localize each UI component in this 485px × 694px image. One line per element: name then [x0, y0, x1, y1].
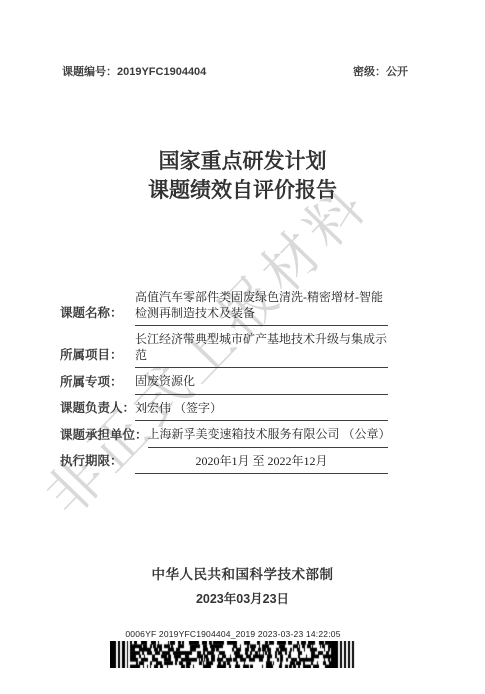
form-row-leader: 课题负责人： 刘宏伟 （签字） [60, 401, 388, 422]
form-row-undertaking-unit: 课题承担单位： 上海新孚美变速箱技术服务有限公司 （公章） [60, 427, 388, 448]
form-row-parent-project: 所属项目： 长江经济带典型城市矿产基地技术升级与集成示范 [60, 332, 388, 368]
security-level-label: 密级： [353, 66, 386, 78]
page-header: 课题编号：2019YFC1904404 密级：公开 [62, 63, 408, 79]
barcode-text: 0006YF 2019YFC1904404_2019 2023-03-23 14… [110, 629, 356, 639]
cover-form: 课题名称： 高值汽车零部件类固废绿色清洗-精密增材-智能检测再制造技术及装备 所… [60, 290, 388, 480]
form-row-execution-period: 执行期限： 2020年1月 至 2022年12月 [60, 454, 388, 475]
report-title-line1: 国家重点研发计划 [0, 147, 485, 176]
field-value-parent-project: 长江经济带典型城市矿产基地技术升级与集成示范 [135, 332, 388, 368]
project-number-value: 2019YFC1904404 [117, 66, 206, 78]
footer-issuer: 中华人民共和国科学技术部制 [0, 563, 485, 583]
field-label-undertaking-unit: 课题承担单位： [60, 428, 148, 448]
field-value-undertaking-unit: 上海新孚美变速箱技术服务有限公司 （公章） [148, 427, 388, 448]
field-value-leader: 刘宏伟 （签字） [135, 401, 388, 422]
form-row-project-name: 课题名称： 高值汽车零部件类固废绿色清洗-精密增材-智能检测再制造技术及装备 [60, 290, 388, 326]
field-label-execution-period: 执行期限： [60, 454, 135, 474]
security-level: 密级：公开 [353, 63, 408, 79]
project-number: 课题编号：2019YFC1904404 [62, 63, 206, 79]
report-title-line2: 课题绩效自评价报告 [0, 176, 485, 205]
footer-date: 2023年03月23日 [0, 589, 485, 607]
form-row-special-program: 所属专项： 固废资源化 [60, 374, 388, 395]
report-title: 国家重点研发计划 课题绩效自评价报告 [0, 147, 485, 205]
field-label-project-name: 课题名称： [60, 306, 135, 326]
field-value-execution-period: 2020年1月 至 2022年12月 [135, 454, 388, 475]
field-value-special-program: 固废资源化 [135, 374, 388, 395]
barcode-block: 0006YF 2019YFC1904404_2019 2023-03-23 14… [110, 629, 356, 668]
pdf417-barcode [110, 641, 356, 668]
security-level-value: 公开 [386, 66, 408, 78]
report-cover-page: 非正式上报材料 课题编号：2019YFC1904404 密级：公开 国家重点研发… [0, 0, 485, 694]
field-label-leader: 课题负责人： [60, 401, 135, 421]
project-number-label: 课题编号： [62, 66, 117, 78]
field-label-special-program: 所属专项： [60, 375, 135, 395]
field-value-project-name: 高值汽车零部件类固废绿色清洗-精密增材-智能检测再制造技术及装备 [135, 290, 388, 326]
field-label-parent-project: 所属项目： [60, 348, 135, 368]
